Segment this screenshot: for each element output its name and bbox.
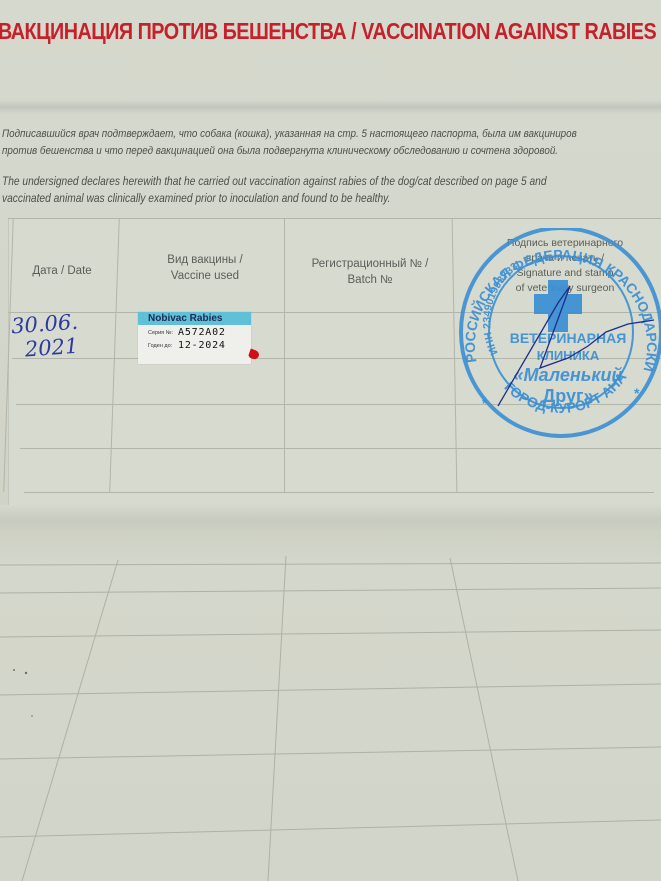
header-batch: Регистрационный № / Batch №	[286, 256, 454, 288]
header-date: Дата / Date	[10, 263, 114, 279]
passport-page-bottom	[0, 530, 661, 881]
series-value: A572A02	[178, 327, 226, 338]
medical-cross-icon	[534, 280, 582, 332]
svg-text:ВЕТЕРИНАРНАЯ: ВЕТЕРИНАРНАЯ	[510, 330, 627, 346]
declaration-en-line-1: The undersigned declares herewith that h…	[2, 173, 618, 190]
svg-text:«Маленький: «Маленький	[513, 365, 622, 385]
page-title: ВАКЦИНАЦИЯ ПРОТИВ БЕШЕНСТВА / VACCINATIO…	[0, 18, 583, 45]
handwritten-date: 30.06. 2021	[10, 310, 80, 363]
header-batch-ru: Регистрационный № /	[286, 256, 454, 272]
vaccine-name: Nobivac Rabies	[138, 312, 251, 325]
header-vaccine-ru: Вид вакцины /	[120, 252, 290, 268]
header-batch-en: Batch №	[286, 272, 454, 288]
svg-text:Друг»: Друг»	[542, 386, 593, 406]
table-border-top	[8, 218, 661, 219]
header-vaccine: Вид вакцины / Vaccine used	[120, 252, 290, 284]
declaration-ru-line-2: против бешенства и что перед вакцинацией…	[2, 143, 618, 160]
sticker-expiry-row: Годен до: 12-2024	[138, 340, 251, 351]
passport-page-top: ВАКЦИНАЦИЯ ПРОТИВ БЕШЕНСТВА / VACCINATIO…	[0, 0, 661, 530]
clinic-stamp: РОССИЙСКАЯ ФЕДЕРАЦИЯ КРАСНОДАРСКИЙ КРАЙ …	[458, 228, 661, 442]
blank-grid	[0, 530, 661, 881]
expiry-value: 12-2024	[178, 340, 226, 351]
table-border-bottom	[24, 492, 654, 493]
table-row-divider	[20, 448, 661, 449]
sticker-series-row: Серия №: A572A02	[138, 327, 251, 338]
series-label: Серия №:	[148, 330, 178, 336]
expiry-label: Годен до:	[148, 343, 178, 349]
svg-text:*: *	[634, 385, 640, 401]
declaration-en-line-2: vaccinated animal was clinically examine…	[2, 190, 618, 207]
declaration-ru-line-1: Подписавшийся врач подтверждает, что соб…	[2, 126, 618, 143]
declaration-en: The undersigned declares herewith that h…	[2, 173, 618, 207]
svg-text:*: *	[482, 395, 488, 411]
vaccine-sticker: Nobivac Rabies Серия №: A572A02 Годен до…	[138, 312, 251, 364]
declaration-ru: Подписавшийся врач подтверждает, что соб…	[2, 126, 618, 160]
handwritten-date-year: 2021	[24, 334, 80, 362]
header-vaccine-en: Vaccine used	[120, 268, 290, 284]
page-fold-shadow	[0, 100, 661, 114]
